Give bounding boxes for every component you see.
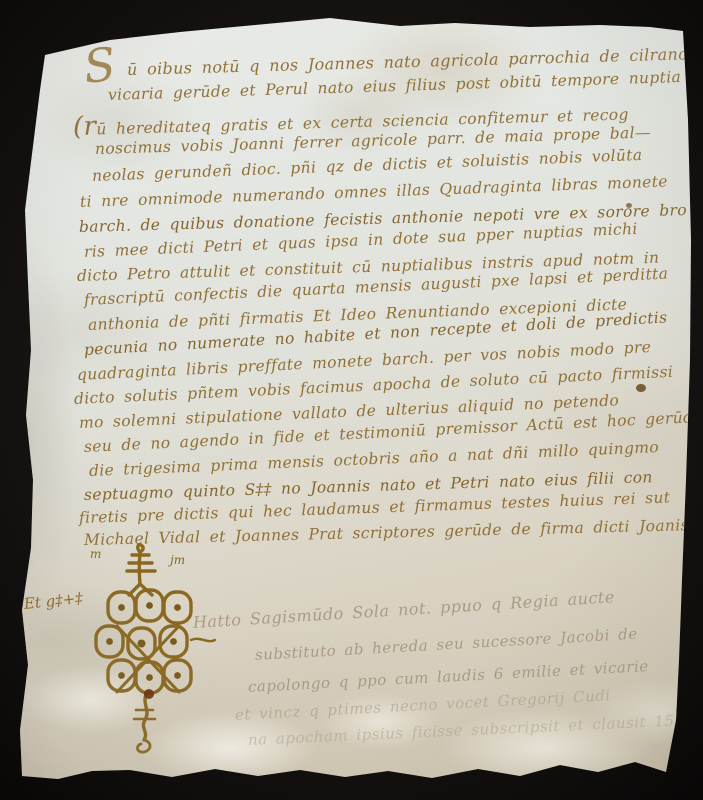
manuscript-photo: S ū oibus notū q nos Joannes nato agrico… [0, 0, 703, 800]
parchment-sheet: S ū oibus notū q nos Joannes nato agrico… [0, 0, 703, 800]
edge-shading [0, 0, 703, 800]
